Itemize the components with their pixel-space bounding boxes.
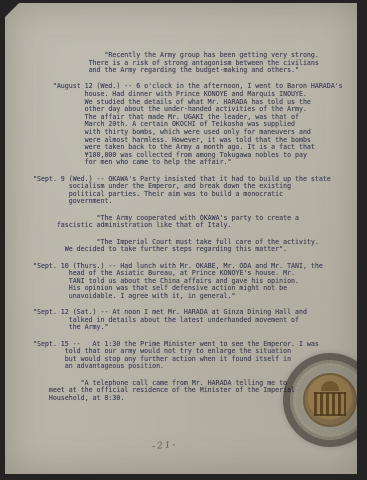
entry-sept-9: "Sept. 9 (Wed.) -- OKAWA's Party insiste… [33,176,343,206]
typed-line: We decided to take further steps regardi… [33,246,343,254]
handwritten-page-number: -21- [152,440,178,452]
columned-building-icon [314,392,346,416]
typed-text: "Recently the Army group has been gettin… [33,52,343,411]
scanned-document: { "colors":{ "paper":"#b8b4a8", "ink":"#… [0,0,367,480]
typed-line: for men who came to help the affair." [33,159,343,167]
typed-line: unavoidable. I agree with it, in general… [33,293,343,301]
typed-line: the Army." [33,324,343,332]
typed-line: and the Army regarding the budget-making… [33,67,343,75]
entry-august-12: "August 12 (Wed.) -- 6 o'clock in the af… [33,83,343,167]
sept-9-quote-army: "The Army cooperated with OKAWA's party … [33,215,343,230]
sept-9-quote-court: "The Imperial Court must take full care … [33,239,343,254]
seal-center [303,373,357,427]
typed-line: fascistic administration like that of It… [33,222,343,230]
dome-icon [321,381,339,391]
entry-sept-12: "Sept. 12 (Sat.) -- At noon I met Mr. HA… [33,309,343,332]
typed-line: government. [33,198,343,206]
opening-quote-paragraph: "Recently the Army group has been gettin… [33,52,343,75]
entry-sept-10: "Sept. 10 (Thurs.) -- Had lunch with Mr.… [33,263,343,301]
document-page: "Recently the Army group has been gettin… [5,3,357,474]
